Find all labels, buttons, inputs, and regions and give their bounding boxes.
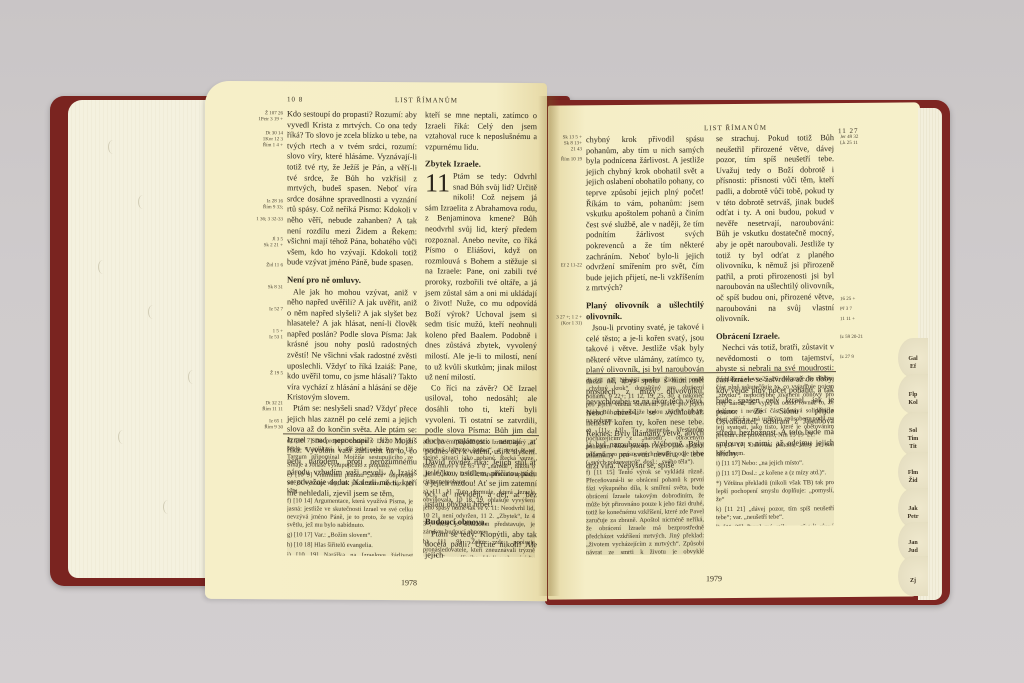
running-head-verse: 11 27	[838, 127, 859, 135]
footnote: e) [10 9] Vnitřnímu přilnutí „srdce“ odp…	[287, 471, 413, 496]
tab-label: Jak	[908, 505, 917, 513]
xref: Žid 11 6	[235, 263, 283, 269]
xref: Lk 25 11	[840, 141, 874, 147]
tab-label: Petr	[908, 513, 919, 521]
chapter-number: 11	[425, 172, 450, 194]
footnote: prohlášení ve vv. 25–26, dokazuje, že vě…	[716, 375, 834, 440]
xref: 1Petr 3 19 +	[235, 117, 283, 123]
footnote: e) [11 13] To znamená křesťanům pocházej…	[586, 426, 704, 467]
tab-label: Tit	[909, 443, 917, 451]
xref: 1 36; 3 32-33	[235, 217, 283, 223]
tab-label: Jud	[908, 547, 918, 555]
xref: Př 3 7	[840, 307, 874, 313]
footnote: i) [10 19] Narážka na Izraelovu žárlivos…	[287, 551, 413, 556]
tab-label: Flp	[909, 391, 918, 399]
tab-label: Kol	[908, 399, 917, 407]
thumb-tab-gal-ef[interactable]: Gal Ef	[898, 338, 928, 378]
footnote: k) [11 21] „dávej pozor, tím spíš neušet…	[716, 505, 834, 522]
book-gutter	[538, 96, 560, 596]
xref: Sk 8 31	[235, 285, 283, 291]
paragraph: kteří se mne neptali, zatímco o Izraeli …	[425, 110, 537, 153]
thumb-notch	[108, 140, 118, 154]
footnote: d) [11 11] Nynější nevěra Židů je pouze …	[586, 376, 704, 425]
paragraph: 11Ptám se tedy: Odvrhl snad Bůh svůj lid…	[425, 171, 537, 384]
thumb-notch	[148, 305, 158, 319]
footnotes-column-1: d) [10 7] Do propasti oceánu v Dt 30 13,…	[287, 437, 413, 556]
thumb-tab-flp-kol[interactable]: Flp Kol	[898, 374, 928, 414]
xref: Řím 11 11	[235, 407, 283, 413]
paragraph: se strachuj. Pokud totiž Bůh neušetřil p…	[716, 133, 834, 325]
footnote: a) [11 1] Tuto formule, která Izraele ob…	[423, 488, 535, 537]
tab-label: Zj	[910, 577, 916, 585]
section-heading: Planý olivovník a ušlechtilý olivovník.	[586, 299, 704, 321]
footnotes-column-2: prohlášení ve vv. 25–26, dokazuje, že vě…	[716, 375, 834, 526]
thumb-notch	[138, 195, 148, 209]
cross-references: Jer 49 32 Lk 25 11 16 25 + Př 3 7 11 11 …	[840, 135, 874, 361]
xref: Řím 1 4 +	[235, 143, 283, 149]
tab-label: Žid	[908, 477, 917, 485]
right-page[interactable]: LIST ŘÍMANŮM 11 27 Sk 13 5 + Sk 8 13+ 21…	[548, 102, 920, 599]
xref: Iz 53 1	[235, 335, 283, 341]
paragraph: Kdo sestoupí do propasti? Rozumí: aby vy…	[287, 109, 417, 269]
tab-label: Gal	[908, 355, 917, 363]
thumb-notch	[163, 500, 173, 514]
verse-text: Ptám se tedy: Odvrhl snad Bůh svůj lid? …	[425, 172, 537, 382]
photo-scene: 10 8 LIST ŘÍMANŮM Ž 107 26 1Petr 3 19 + …	[0, 0, 1024, 683]
xref: Sk 2 21 +	[235, 243, 283, 249]
tab-label: Sol	[909, 427, 917, 435]
footnote: f) [11 15] Tento výrok se vykládá různě.…	[586, 468, 704, 555]
running-head-title: LIST ŘÍMANŮM	[395, 96, 458, 104]
footnote: g) [10 17] Var.: „Božím slovem“.	[287, 531, 413, 540]
tab-label: Ef	[910, 363, 916, 371]
xref: 11 11 +	[840, 317, 874, 323]
footnote: h) [11 17] Oslovení pohana, který se sta…	[716, 441, 834, 458]
running-head-title: LIST ŘÍMANŮM	[704, 124, 767, 133]
footnote: h) [10 18] Hlas šiřitelů evangelia.	[287, 541, 413, 550]
footnote: f) [10 14] Argumentace, která využívá Pí…	[287, 497, 413, 530]
thumb-tab-zj[interactable]: Zj	[898, 556, 928, 596]
xref: Iz 59 20-21	[840, 335, 874, 341]
xref: Řím 9 33;	[235, 205, 283, 211]
tab-label: Flm	[908, 469, 918, 477]
cross-references: Ž 107 26 1Petr 3 19 + Dt 30 14 1Kor 12 3…	[235, 111, 283, 431]
thumb-tab-sol-tim-tit[interactable]: Sol Tim Tit	[898, 412, 928, 456]
paragraph: chybný krok přivodil spásu pohanům, aby …	[586, 134, 704, 294]
section-heading: Zbytek Izraele.	[425, 159, 537, 170]
thumb-notch	[98, 260, 108, 274]
left-page[interactable]: 10 8 LIST ŘÍMANŮM Ž 107 26 1Petr 3 19 + …	[205, 81, 547, 601]
tab-label: Tim	[908, 435, 919, 443]
footnotes-column-2: ale v prvém případě jde o Izraele, který…	[423, 438, 535, 557]
running-head-verse: 10 8	[287, 95, 303, 103]
footnote: *) Většina překladů (nikoli však TB) tak…	[716, 479, 834, 504]
thumb-tab-flm-zid[interactable]: Flm Žid	[898, 452, 928, 492]
xref: 16 25 +	[840, 297, 874, 303]
thumb-notch	[118, 430, 128, 444]
footnote: l) [11 25] Pavel má stále na zřeteli růz…	[716, 523, 834, 526]
footnote: d) [10 7] Do propasti oceánu v Dt 30 13,…	[287, 437, 413, 470]
footnote: j) [11 17] Dosl.: „z kořene a (z mízy at…	[716, 469, 834, 478]
footnote: i) [11 17] Nebo: „na jejich místo“.	[716, 459, 834, 468]
xref: Iz 27 9	[840, 355, 874, 361]
tab-label: Jan	[908, 539, 917, 547]
xref: Iz 52 7	[235, 307, 283, 313]
footnotes-column-1: d) [11 11] Nynější nevěra Židů je pouze …	[586, 376, 704, 555]
thumb-notch	[188, 370, 198, 384]
paragraph: Ale jak ho mohou vzývat, aniž v něho nap…	[287, 287, 417, 404]
section-heading: Obrácení Izraele.	[716, 330, 834, 342]
xref: Ž 19 5	[235, 371, 283, 377]
footnote: b) [11 9] Žalm zde popisuje pronásledova…	[423, 538, 535, 557]
page-number: 1978	[401, 578, 417, 587]
xref: Řím 9 30	[235, 425, 283, 431]
section-heading: Není pro ně omluvy.	[287, 274, 417, 286]
footnote: ale v prvém případě jde o Izraele, který…	[423, 438, 535, 487]
page-number: 1979	[706, 574, 722, 583]
